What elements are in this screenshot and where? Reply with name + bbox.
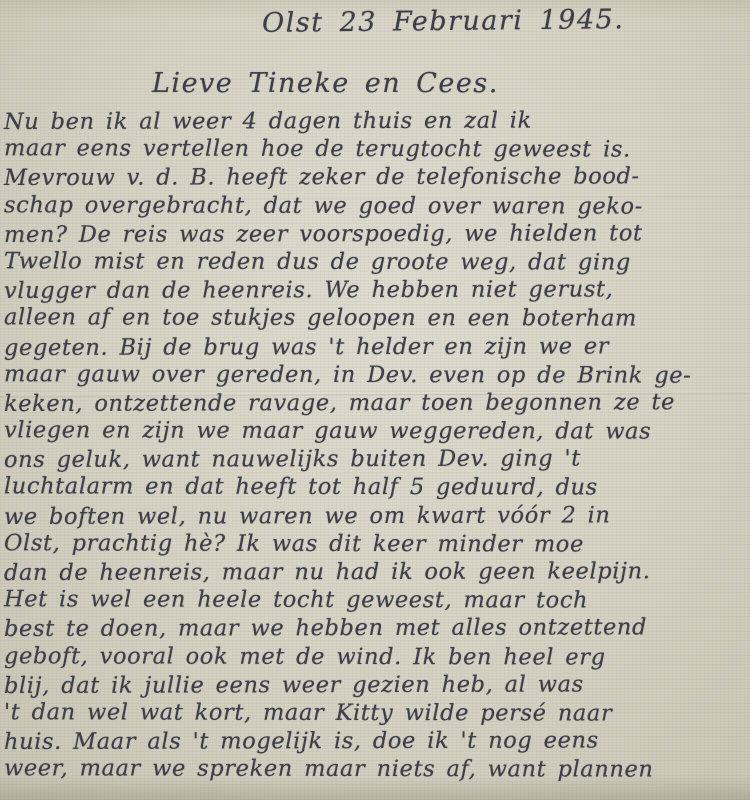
letter-line: best te doen, maar we hebben met alles o… bbox=[4, 613, 750, 643]
letter-line: schap overgebracht, dat we goed over war… bbox=[4, 191, 750, 221]
letter-line: alleen af en toe stukjes geloopen en een… bbox=[4, 304, 750, 334]
letter-line: luchtalarm en dat heeft tot half 5 geduu… bbox=[4, 473, 750, 503]
letter-page: Olst 23 Februari 1945. Lieve Tineke en C… bbox=[0, 0, 750, 800]
letter-line: Mevrouw v. d. B. heeft zeker de telefoni… bbox=[4, 162, 750, 192]
letter-line: maar gauw over gereden, in Dev. even op … bbox=[4, 360, 750, 390]
letter-line: blij, dat ik jullie eens weer gezien heb… bbox=[4, 670, 750, 700]
letter-line: weer, maar we spreken maar niets af, wan… bbox=[4, 755, 750, 785]
letter-line: Het is wel een heele tocht geweest, maar… bbox=[4, 585, 750, 615]
letter-line: keken, ontzettende ravage, maar toen beg… bbox=[4, 388, 750, 418]
letter-line: vlugger dan de heenreis. We hebben niet … bbox=[4, 275, 750, 305]
letter-line: vliegen en zijn we maar gauw weggereden,… bbox=[4, 416, 750, 446]
letter-line: geboft, vooral ook met de wind. Ik ben h… bbox=[4, 642, 750, 672]
letter-line: maar eens vertellen hoe de terugtocht ge… bbox=[4, 134, 750, 164]
letter-line: we boften wel, nu waren we om kwart vóór… bbox=[4, 501, 750, 531]
letter-date: Olst 23 Februari 1945. bbox=[262, 4, 625, 39]
letter-line: dan de heenreis, maar nu had ik ook geen… bbox=[4, 557, 750, 587]
letter-line: Olst, prachtig hè? Ik was dit keer minde… bbox=[4, 529, 750, 559]
letter-line: huis. Maar als 't mogelijk is, doe ik 't… bbox=[4, 726, 750, 756]
letter-salutation: Lieve Tineke en Cees. bbox=[152, 68, 499, 99]
letter-line: ons geluk, want nauwelijks buiten Dev. g… bbox=[4, 444, 750, 474]
letter-line: Twello mist en reden dus de groote weg, … bbox=[4, 247, 750, 277]
letter-line: Nu ben ik al weer 4 dagen thuis en zal i… bbox=[4, 106, 750, 136]
letter-body: Nu ben ik al weer 4 dagen thuis en zal i… bbox=[4, 107, 750, 784]
letter-line: men? De reis was zeer voorspoedig, we hi… bbox=[4, 219, 750, 249]
letter-line: gegeten. Bij de brug was 't helder en zi… bbox=[4, 332, 750, 362]
letter-line: 't dan wel wat kort, maar Kitty wilde pe… bbox=[4, 698, 750, 728]
